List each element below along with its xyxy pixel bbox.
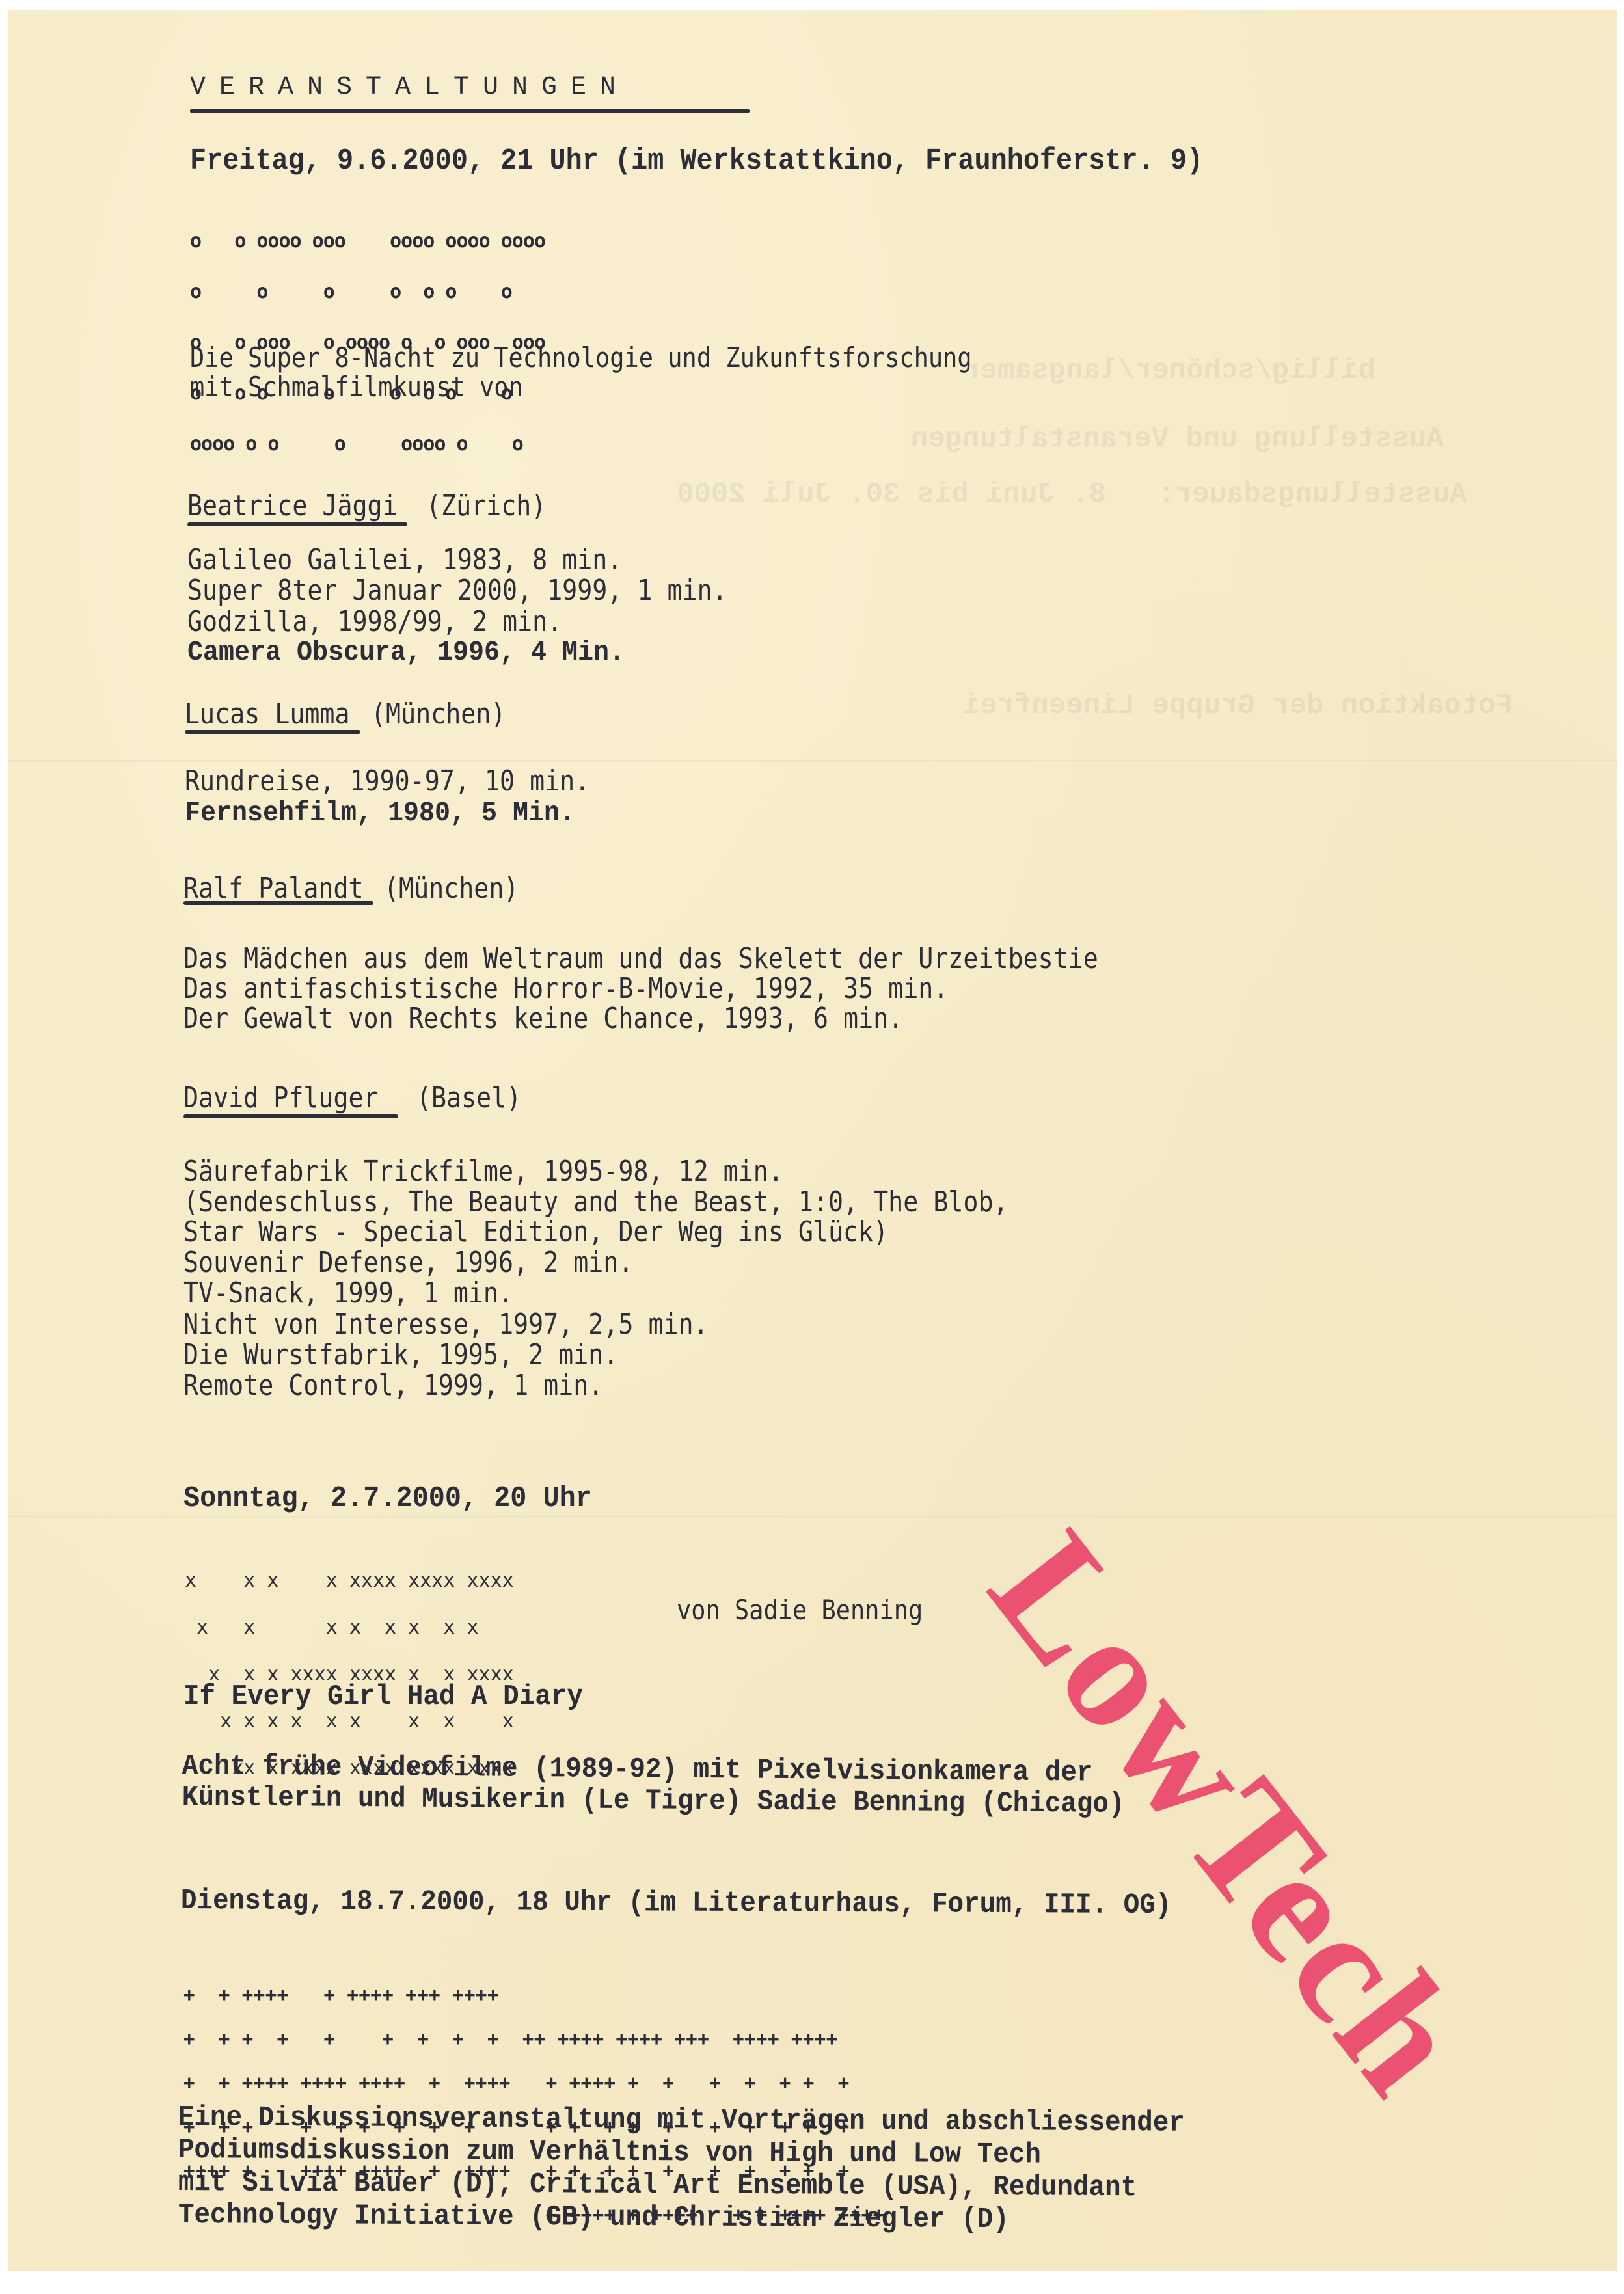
fold-crease: [8, 760, 1617, 762]
work-item: Rundreise, 1990-97, 10 min.: [185, 764, 589, 798]
work-item: Remote Control, 1999, 1 min.: [183, 1369, 603, 1402]
show-through-text: billig/schöner/langsamer: [963, 355, 1375, 387]
artist-name-underline: [185, 730, 360, 734]
artist-name: Beatrice Jäggi: [187, 489, 398, 522]
event-description: mit Schmalfilmkunst von: [190, 371, 523, 403]
event-description: Die Super 8-Nacht zu Technologie und Zuk…: [190, 342, 972, 373]
event-description: Eine Diskussionsveranstaltung mit Vorträ…: [178, 2101, 1185, 2140]
artist-name-underline: [183, 1114, 398, 1118]
page-title: VERANSTALTUNGEN: [190, 73, 629, 102]
show-through-text: Ausstellung und Veranstaltungen: [911, 423, 1444, 455]
artist-name-underline: [187, 522, 407, 526]
work-item: Super 8ter Januar 2000, 1999, 1 min.: [187, 574, 727, 607]
artist-name: David Pfluger: [183, 1081, 379, 1114]
show-through-text: Fotoaktion der Gruppe Lineenfrei: [963, 690, 1513, 722]
work-item: Nicht von Interesse, 1997, 2,5 min.: [183, 1308, 709, 1341]
work-item: Die Wurstfabrik, 1995, 2 min.: [183, 1338, 618, 1371]
event-description: Podiumsdiskussion zum Verhältnis von Hig…: [178, 2134, 1041, 2171]
artist-name-underline: [183, 901, 373, 905]
event-date-line: Dienstag, 18.7.2000, 18 Uhr (im Literatu…: [181, 1885, 1172, 1922]
work-item: Godzilla, 1998/99, 2 min.: [187, 605, 562, 638]
work-item: (Sendeschluss, The Beauty and the Beast,…: [183, 1185, 1008, 1219]
event-date-line: Sonntag, 2.7.2000, 20 Uhr: [183, 1482, 592, 1515]
work-item: Galileo Galilei, 1983, 8 min.: [187, 543, 622, 576]
work-item: Camera Obscura, 1996, 4 Min.: [187, 636, 625, 668]
title-underline: [190, 109, 750, 113]
work-item: Star Wars - Special Edition, Der Weg ins…: [183, 1215, 888, 1248]
work-item: Das Mädchen aus dem Weltraum und das Ske…: [183, 942, 1098, 975]
show-through-text: Ausstellungsdauer: 8. Juni bis 30. Juli …: [677, 478, 1467, 511]
artist-name: Lucas Lumma: [185, 697, 350, 731]
artist-city: (München): [371, 697, 506, 731]
artist-name: Ralf Palandt: [183, 872, 364, 905]
work-item: Das antifaschistische Horror-B-Movie, 19…: [183, 972, 948, 1005]
event-byline: von Sadie Benning: [677, 1594, 923, 1626]
work-item: TV-Snack, 1999, 1 min.: [183, 1276, 513, 1310]
artist-city: (Zürich): [426, 489, 546, 522]
work-item: Säurefabrik Trickfilme, 1995-98, 12 min.: [183, 1155, 783, 1188]
event-description: mit Silvia Bauer (D), Critical Art Ensem…: [178, 2166, 1137, 2204]
event-date-line: Freitag, 9.6.2000, 21 Uhr (im Werkstattk…: [190, 144, 1203, 178]
event-subtitle: If Every Girl Had A Diary: [183, 1680, 583, 1713]
event-description: Technology Initiative (GB) und Christian…: [178, 2199, 1009, 2236]
work-item: Fernsehfilm, 1980, 5 Min.: [185, 797, 575, 829]
artist-city: (Basel): [416, 1081, 521, 1114]
work-item: Souvenir Defense, 1996, 2 min.: [183, 1246, 633, 1279]
fold-crease: [8, 1516, 1617, 1518]
artist-city: (München): [384, 872, 519, 905]
work-item: Der Gewalt von Rechts keine Chance, 1993…: [183, 1002, 903, 1035]
